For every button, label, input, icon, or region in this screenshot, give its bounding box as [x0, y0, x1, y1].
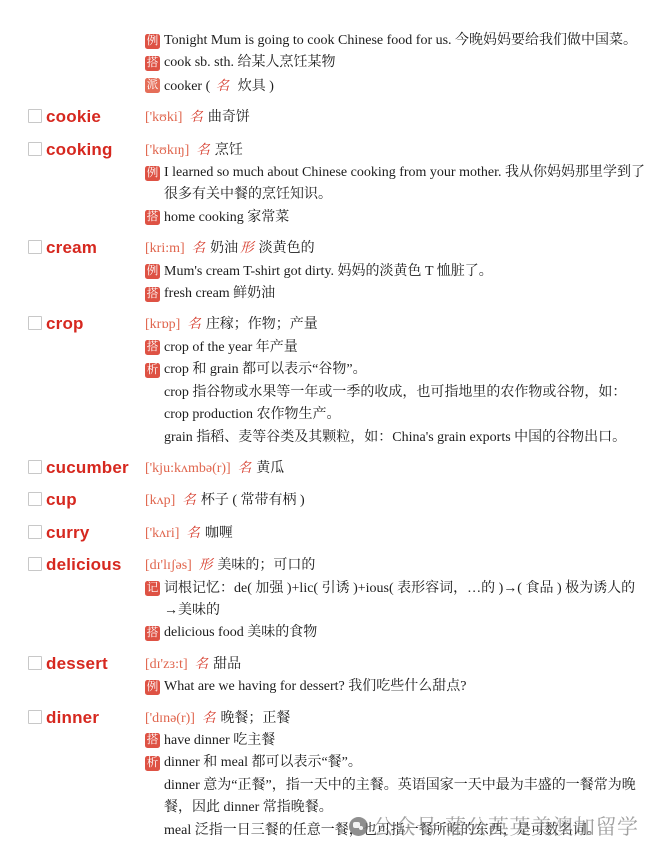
note-text: fresh cream 鲜奶油	[164, 286, 275, 301]
headword: cup	[46, 490, 77, 509]
definition-text: 黄瓜	[256, 461, 284, 476]
note-text: I learned so much about Chinese cooking …	[164, 165, 645, 202]
collocation-line: 搭crop of the year 年产量	[145, 337, 646, 359]
analysis-line: 析dinner 和 meal 都可以表示“餐”。	[145, 752, 646, 774]
entry-body: [dɪ'lɪʃəs]形美味的；可口的记词根记忆：de( 加强 )+lic( 引诱…	[145, 554, 654, 645]
note-text: have dinner 吃主餐	[164, 733, 275, 748]
note-text: Mum's cream T-shirt got dirty. 妈妈的淡黄色 T …	[164, 264, 493, 279]
definition-text: 曲奇饼	[208, 110, 250, 125]
phonetic: ['kʌri]	[145, 526, 179, 541]
entry-row-cup: cup[kʌp]名杯子 ( 常带有柄 )	[0, 489, 654, 513]
headword: dessert	[46, 654, 108, 673]
definition-text: 甜品	[213, 657, 241, 672]
analysis-badge: 析	[145, 756, 160, 771]
phonetic: [krɒp]	[145, 317, 180, 332]
collocation-badge: 搭	[145, 210, 160, 225]
entry-body: ['kʌri]名咖喱	[145, 522, 654, 545]
note-text: 炊具 )	[234, 79, 274, 94]
example-line: 例Mum's cream T-shirt got dirty. 妈妈的淡黄色 T…	[145, 261, 646, 283]
collocation-line: 搭have dinner 吃主餐	[145, 730, 646, 752]
pos-tag: 名	[192, 240, 206, 255]
definition-text: 咖喱	[205, 526, 233, 541]
example-badge: 例	[145, 166, 160, 181]
headword-cell: delicious	[0, 554, 145, 578]
note-text: crop of the year 年产量	[164, 340, 298, 355]
phonetic: [kri:m]	[145, 241, 185, 256]
phonetic: ['dɪnə(r)]	[145, 711, 195, 726]
entry-row-continuation: 例Tonight Mum is going to cook Chinese fo…	[0, 30, 654, 98]
word-checkbox[interactable]	[28, 142, 42, 156]
word-checkbox[interactable]	[28, 492, 42, 506]
vocab-list: 例Tonight Mum is going to cook Chinese fo…	[0, 0, 654, 842]
headword-cell: curry	[0, 522, 145, 546]
definition-line: [kri:m]名奶油形淡黄色的	[145, 237, 646, 260]
example-line: 例Tonight Mum is going to cook Chinese fo…	[145, 30, 646, 52]
collocation-badge: 搭	[145, 626, 160, 641]
page: { "colors": { "word_red": "#d6281f", "ph…	[0, 0, 654, 852]
note-text: 词根记忆：de( 加强 )+lic( 引诱 )+ious( 表形容词，…的 )→…	[164, 581, 635, 618]
headword-cell: cucumber	[0, 457, 145, 481]
word-checkbox[interactable]	[28, 240, 42, 254]
pos-tag: 名	[182, 492, 196, 507]
pos-tag: 名	[195, 656, 209, 671]
entry-row-cooking: cooking['kʊkɪŋ]名烹饪例I learned so much abo…	[0, 139, 654, 230]
collocation-badge: 搭	[145, 733, 160, 748]
headword-cell: cup	[0, 489, 145, 513]
pos-tag: 名	[216, 78, 230, 93]
example-badge: 例	[145, 264, 160, 279]
phonetic: ['kʊki]	[145, 110, 182, 125]
note-text: crop 和 grain 都可以表示“谷物”。	[164, 362, 367, 377]
definition-line: ['kʌri]名咖喱	[145, 522, 646, 545]
watermark-text: 公众号·蒲公英英美澳加留学	[373, 811, 639, 841]
pos-tag: 名	[196, 142, 210, 157]
collocation-line: 搭home cooking 家常菜	[145, 207, 646, 229]
definition-text: 庄稼；作物；产量	[206, 317, 318, 332]
word-checkbox[interactable]	[28, 710, 42, 724]
headword: cookie	[46, 107, 101, 126]
entry-row-dessert: dessert[dɪ'zɜ:t]名甜品例What are we having f…	[0, 653, 654, 699]
headword: cooking	[46, 140, 113, 159]
entry-body: 例Tonight Mum is going to cook Chinese fo…	[145, 30, 654, 98]
pos-tag: 名	[238, 460, 252, 475]
word-checkbox[interactable]	[28, 460, 42, 474]
note-text: dinner 和 meal 都可以表示“餐”。	[164, 755, 362, 770]
collocation-line: 搭fresh cream 鲜奶油	[145, 283, 646, 305]
collocation-badge: 搭	[145, 287, 160, 302]
pos-tag: 名	[189, 109, 203, 124]
collocation-badge: 搭	[145, 340, 160, 355]
collocation-badge: 搭	[145, 56, 160, 71]
definition-line: [kʌp]名杯子 ( 常带有柄 )	[145, 489, 646, 512]
analysis-badge: 析	[145, 363, 160, 378]
speech-bubble-logo-icon	[349, 817, 368, 836]
definition-text: 美味的；可口的	[217, 558, 315, 573]
pos-tag: 名	[187, 316, 201, 331]
note-text: cooker (	[164, 79, 214, 94]
definition-line: [dɪ'lɪʃəs]形美味的；可口的	[145, 554, 646, 577]
word-checkbox[interactable]	[28, 557, 42, 571]
definition-line: ['kʊkɪŋ]名烹饪	[145, 139, 646, 162]
note-text: dinner 意为“正餐”，指一天中的主餐。英语国家一天中最为丰盛的一餐常为晚餐…	[164, 778, 636, 815]
headword-cell: dinner	[0, 707, 145, 731]
note-text: delicious food 美味的食物	[164, 625, 317, 640]
entry-body: [dɪ'zɜ:t]名甜品例What are we having for dess…	[145, 653, 654, 699]
definition-text: 烹饪	[215, 143, 243, 158]
definition-text: 淡黄色的	[259, 241, 315, 256]
definition-line: [krɒp]名庄稼；作物；产量	[145, 313, 646, 336]
pos-tag: 名	[186, 525, 200, 540]
entry-body: ['kju:kʌmbə(r)]名黄瓜	[145, 457, 654, 480]
word-checkbox[interactable]	[28, 525, 42, 539]
headword: cream	[46, 238, 97, 257]
note-text: cook sb. sth. 给某人烹饪某物	[164, 55, 336, 70]
headword-cell: cookie	[0, 106, 145, 130]
example-line: 例I learned so much about Chinese cooking…	[145, 162, 646, 207]
headword-cell: cream	[0, 237, 145, 261]
phonetic: ['kʊkɪŋ]	[145, 143, 189, 158]
pos-tag: 名	[202, 710, 216, 725]
example-badge: 例	[145, 34, 160, 49]
note-text: crop 指谷物或水果等一年或一季的收成，也可指地里的农作物或谷物，如：crop…	[164, 385, 626, 422]
derivative-badge: 派	[145, 78, 160, 93]
headword: delicious	[46, 555, 122, 574]
word-checkbox[interactable]	[28, 109, 42, 123]
entry-row-curry: curry['kʌri]名咖喱	[0, 522, 654, 546]
entry-body: ['kʊki]名曲奇饼	[145, 106, 654, 129]
phonetic: ['kju:kʌmbə(r)]	[145, 461, 231, 476]
pos-tag: 形	[199, 557, 213, 572]
headword: curry	[46, 523, 90, 542]
note-text: home cooking 家常菜	[164, 210, 289, 225]
headword-cell: dessert	[0, 653, 145, 677]
note-text: What are we having for dessert? 我们吃些什么甜点…	[164, 679, 466, 694]
word-checkbox[interactable]	[28, 316, 42, 330]
definition-text: 晚餐；正餐	[220, 711, 290, 726]
note-continuation: crop 指谷物或水果等一年或一季的收成，也可指地里的农作物或谷物，如：crop…	[145, 382, 646, 427]
definition-text: 杯子 ( 常带有柄 )	[201, 493, 305, 508]
example-badge: 例	[145, 680, 160, 695]
note-text: Tonight Mum is going to cook Chinese foo…	[164, 33, 637, 48]
entry-row-crop: crop[krɒp]名庄稼；作物；产量搭crop of the year 年产量…	[0, 313, 654, 448]
entry-body: [kri:m]名奶油形淡黄色的例Mum's cream T-shirt got …	[145, 237, 654, 305]
analysis-line: 析crop 和 grain 都可以表示“谷物”。	[145, 359, 646, 381]
definition-line: [dɪ'zɜ:t]名甜品	[145, 653, 646, 676]
phonetic: [dɪ'lɪʃəs]	[145, 558, 192, 573]
derivative-line: 派cooker ( 名 炊具 )	[145, 75, 646, 98]
collocation-line: 搭cook sb. sth. 给某人烹饪某物	[145, 52, 646, 74]
entry-row-delicious: delicious[dɪ'lɪʃəs]形美味的；可口的记词根记忆：de( 加强 …	[0, 554, 654, 645]
collocation-line: 搭delicious food 美味的食物	[145, 622, 646, 644]
headword-cell: crop	[0, 313, 145, 337]
vocab-page: 例Tonight Mum is going to cook Chinese fo…	[0, 0, 654, 852]
entry-body: [kʌp]名杯子 ( 常带有柄 )	[145, 489, 654, 512]
entry-row-cookie: cookie['kʊki]名曲奇饼	[0, 106, 654, 130]
note-continuation: grain 指稻、麦等谷类及其颗粒，如：China's grain export…	[145, 427, 646, 449]
definition-line: ['kʊki]名曲奇饼	[145, 106, 646, 129]
definition-line: ['kju:kʌmbə(r)]名黄瓜	[145, 457, 646, 480]
headword: dinner	[46, 708, 99, 727]
definition-line: ['dɪnə(r)]名晚餐；正餐	[145, 707, 646, 730]
word-checkbox[interactable]	[28, 656, 42, 670]
headword: cucumber	[46, 458, 129, 477]
headword: crop	[46, 314, 84, 333]
mnemonic-badge: 记	[145, 581, 160, 596]
phonetic: [kʌp]	[145, 493, 175, 508]
definition-text: 奶油	[210, 241, 238, 256]
entry-row-cucumber: cucumber['kju:kʌmbə(r)]名黄瓜	[0, 457, 654, 481]
watermark: 公众号·蒲公英英美澳加留学	[349, 811, 639, 841]
entry-row-cream: cream[kri:m]名奶油形淡黄色的例Mum's cream T-shirt…	[0, 237, 654, 305]
pos-tag: 形	[240, 240, 254, 255]
mnemonic-line: 记词根记忆：de( 加强 )+lic( 引诱 )+ious( 表形容词，…的 )…	[145, 578, 646, 623]
headword-cell: cooking	[0, 139, 145, 163]
phonetic: [dɪ'zɜ:t]	[145, 657, 188, 672]
entry-body: ['kʊkɪŋ]名烹饪例I learned so much about Chin…	[145, 139, 654, 230]
example-line: 例What are we having for dessert? 我们吃些什么甜…	[145, 676, 646, 698]
note-text: grain 指稻、麦等谷类及其颗粒，如：China's grain export…	[164, 430, 626, 445]
entry-body: [krɒp]名庄稼；作物；产量搭crop of the year 年产量析cro…	[145, 313, 654, 448]
